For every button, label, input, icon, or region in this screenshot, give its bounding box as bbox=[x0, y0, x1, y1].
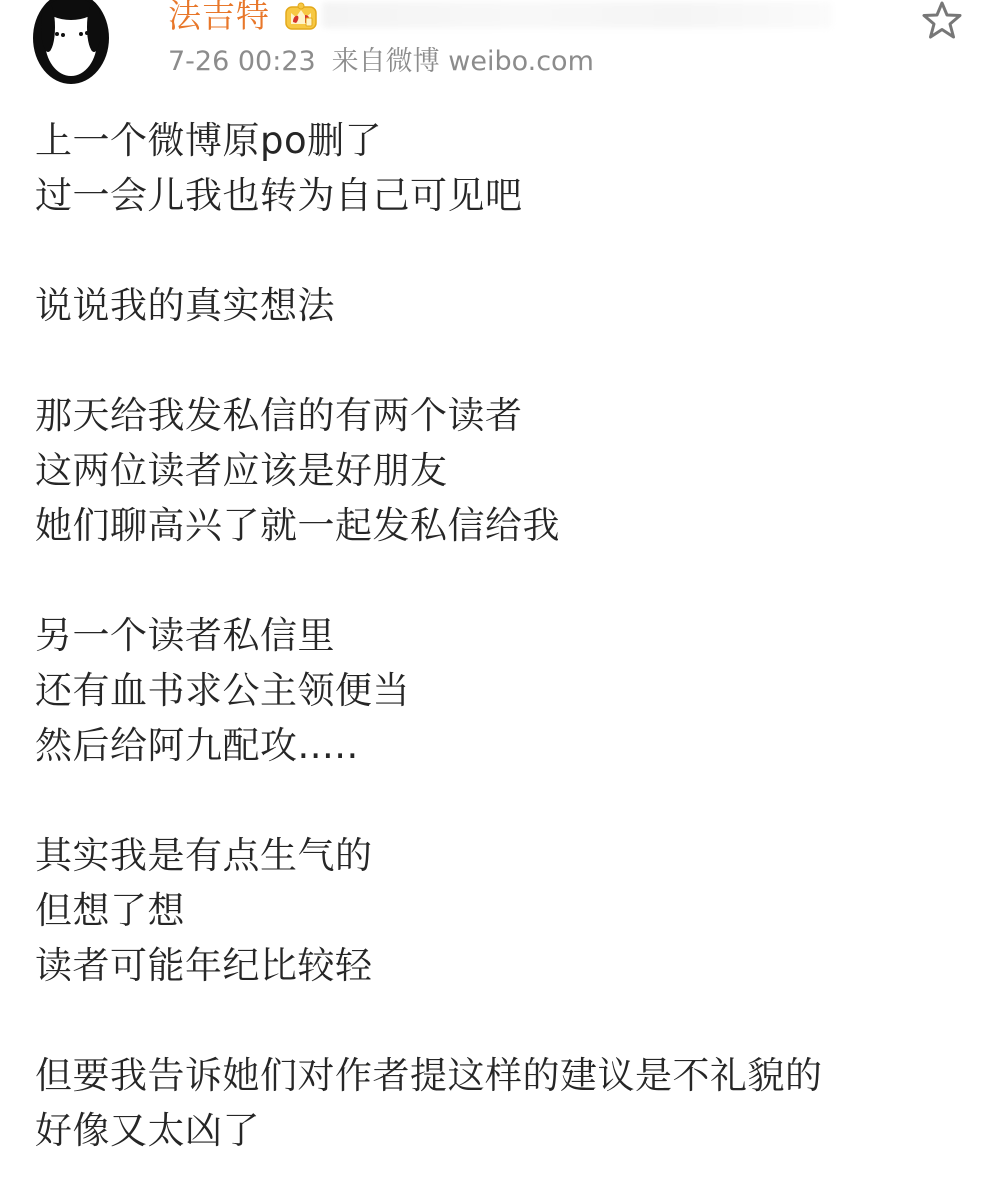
paragraph-break bbox=[35, 223, 975, 278]
body-line: 过一会儿我也转为自己可见吧 bbox=[35, 168, 975, 223]
blurred-region bbox=[322, 2, 832, 28]
body-line: 说说我的真实想法 bbox=[35, 278, 975, 333]
body-line: 她们聊高兴了就一起发私信给我 bbox=[35, 498, 975, 553]
post-body: 上一个微博原po删了 过一会儿我也转为自己可见吧 说说我的真实想法 那天给我发私… bbox=[35, 113, 975, 1158]
body-line: 上一个微博原po删了 bbox=[35, 113, 975, 168]
post-header: 法吉特 7-26 00:23来自微博 weibo.com bbox=[0, 0, 996, 100]
paragraph-break bbox=[35, 773, 975, 828]
avatar-hair-right bbox=[87, 2, 101, 52]
avatar-eye bbox=[61, 33, 65, 37]
avatar-eye bbox=[55, 32, 59, 36]
avatar-eye bbox=[85, 31, 89, 35]
avatar[interactable] bbox=[33, 0, 109, 84]
post-meta: 7-26 00:23来自微博 weibo.com bbox=[168, 44, 594, 80]
body-line: 好像又太凶了 bbox=[35, 1103, 975, 1158]
body-line: 还有血书求公主领便当 bbox=[35, 663, 975, 718]
body-line: 那天给我发私信的有两个读者 bbox=[35, 388, 975, 443]
body-line: 这两位读者应该是好朋友 bbox=[35, 443, 975, 498]
body-line: 读者可能年纪比较轻 bbox=[35, 938, 975, 993]
body-line: 但要我告诉她们对作者提这样的建议是不礼貌的 bbox=[35, 1048, 975, 1103]
body-line: 然后给阿九配攻..... bbox=[35, 718, 975, 773]
post-time: 7-26 00:23 bbox=[168, 46, 316, 77]
author-name[interactable]: 法吉特 bbox=[168, 0, 270, 38]
body-line: 但想了想 bbox=[35, 883, 975, 938]
post-source[interactable]: 来自微博 weibo.com bbox=[332, 46, 594, 77]
paragraph-break bbox=[35, 993, 975, 1048]
body-line: 另一个读者私信里 bbox=[35, 608, 975, 663]
avatar-eye bbox=[79, 32, 83, 36]
paragraph-break bbox=[35, 333, 975, 388]
crown-vip-icon[interactable] bbox=[284, 1, 318, 31]
body-line: 其实我是有点生气的 bbox=[35, 828, 975, 883]
avatar-hair-left bbox=[41, 2, 55, 52]
paragraph-break bbox=[35, 553, 975, 608]
star-outline-icon[interactable] bbox=[920, 0, 964, 40]
